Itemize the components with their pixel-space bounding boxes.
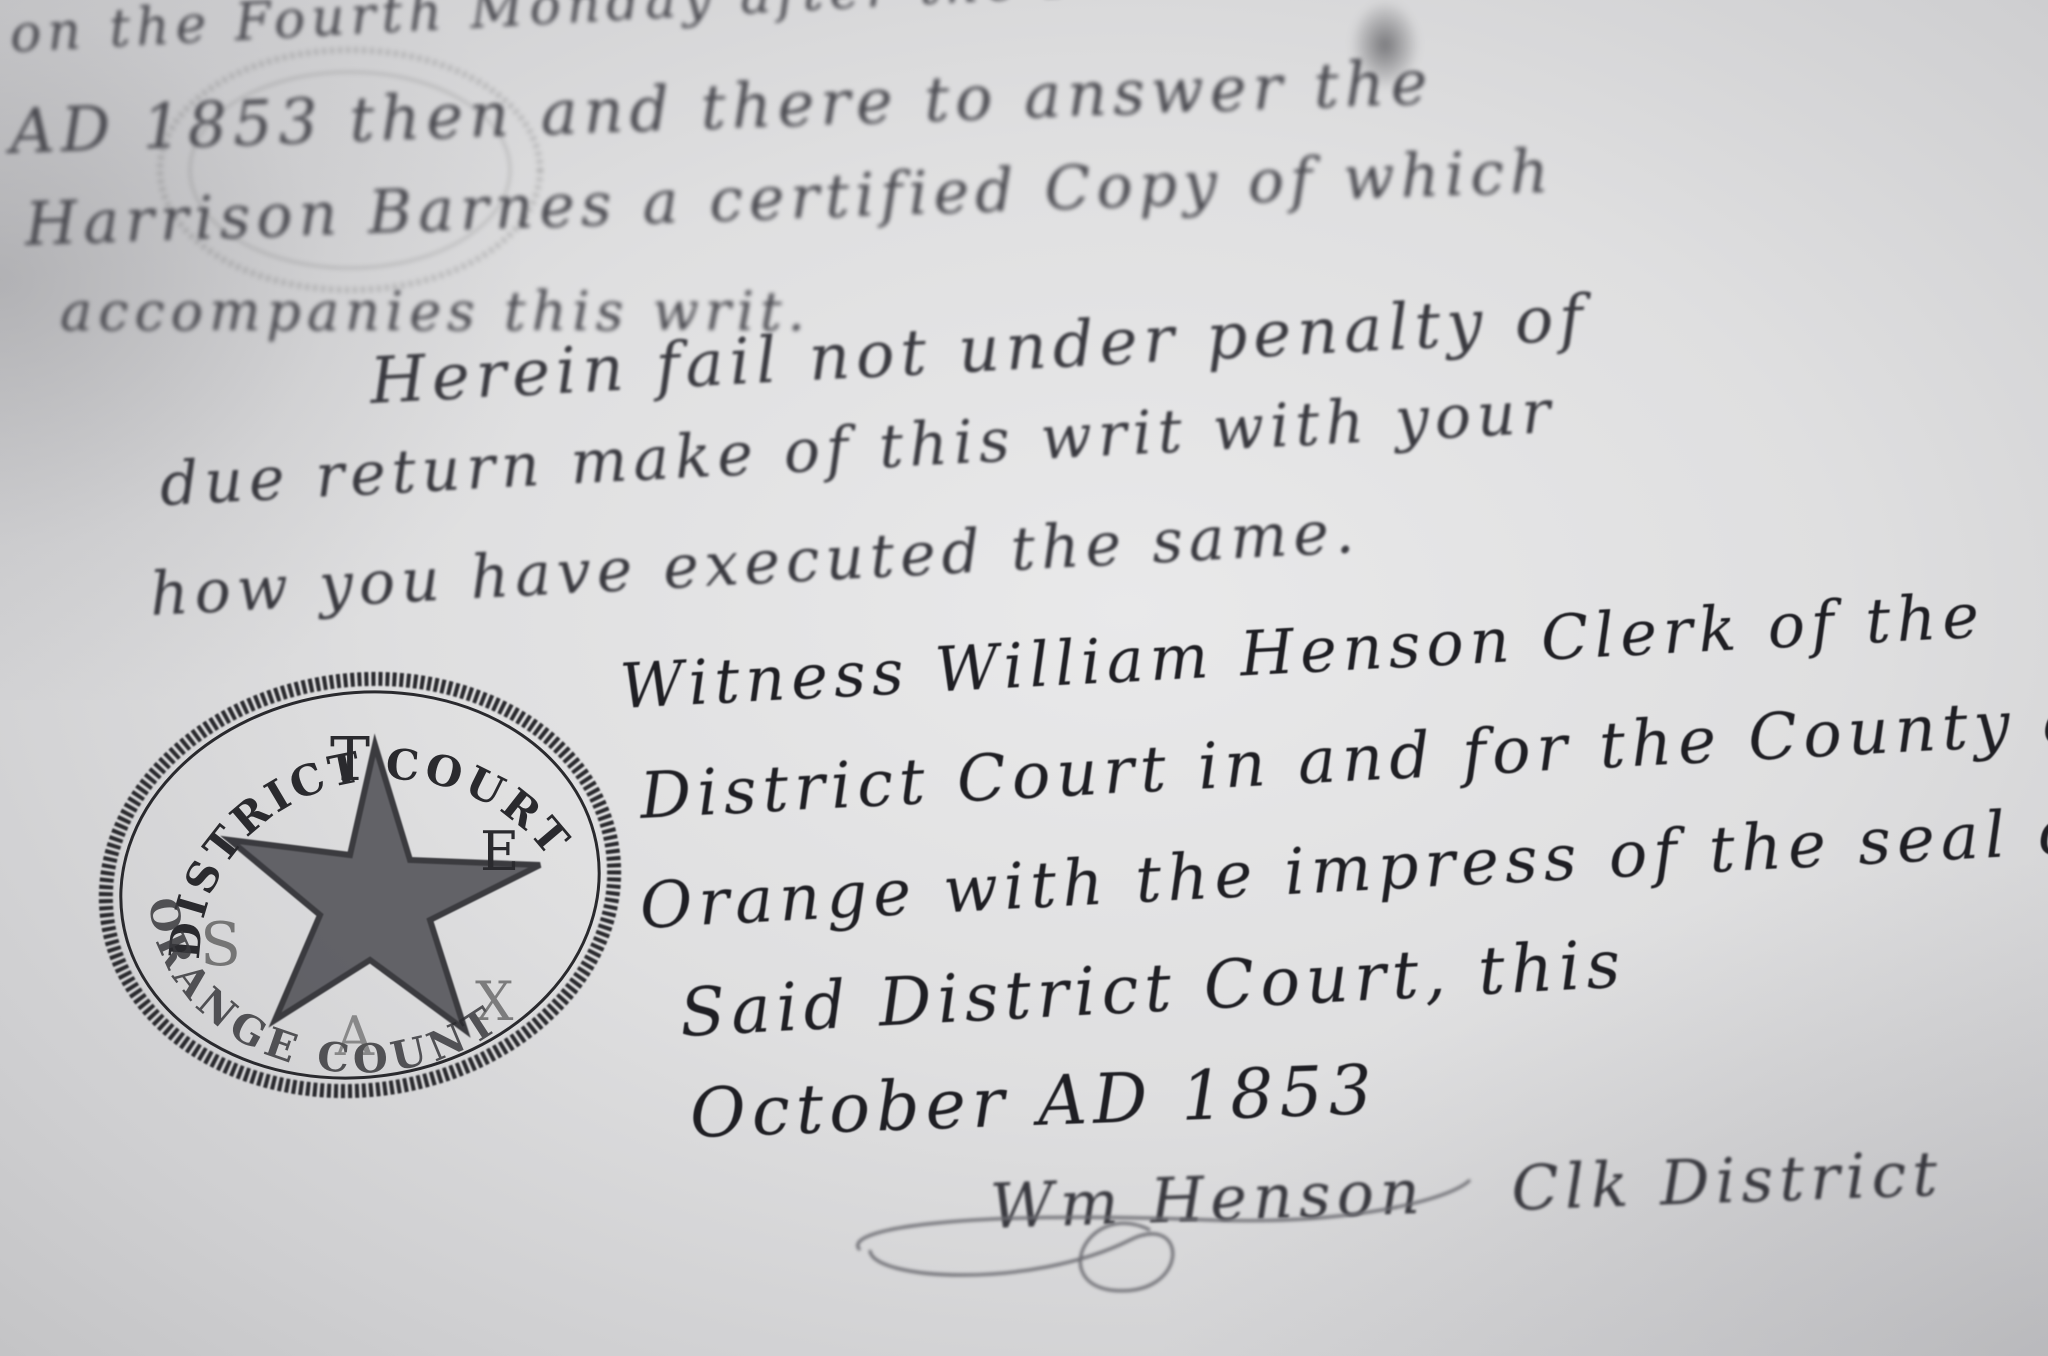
- signature-title: Clk District: [1510, 1137, 1944, 1225]
- district-court-seal: DISTRICT COURT ORANGE COUNTY T E X A S: [80, 660, 640, 1110]
- seal-letter-s: S: [200, 910, 241, 980]
- seal-letter-a: A: [334, 1005, 375, 1068]
- seal-letter-t: T: [330, 725, 370, 795]
- signature-flourish: [830, 1170, 1530, 1310]
- seal-letter-x: X: [475, 970, 514, 1033]
- seal-letter-e: E: [480, 820, 519, 883]
